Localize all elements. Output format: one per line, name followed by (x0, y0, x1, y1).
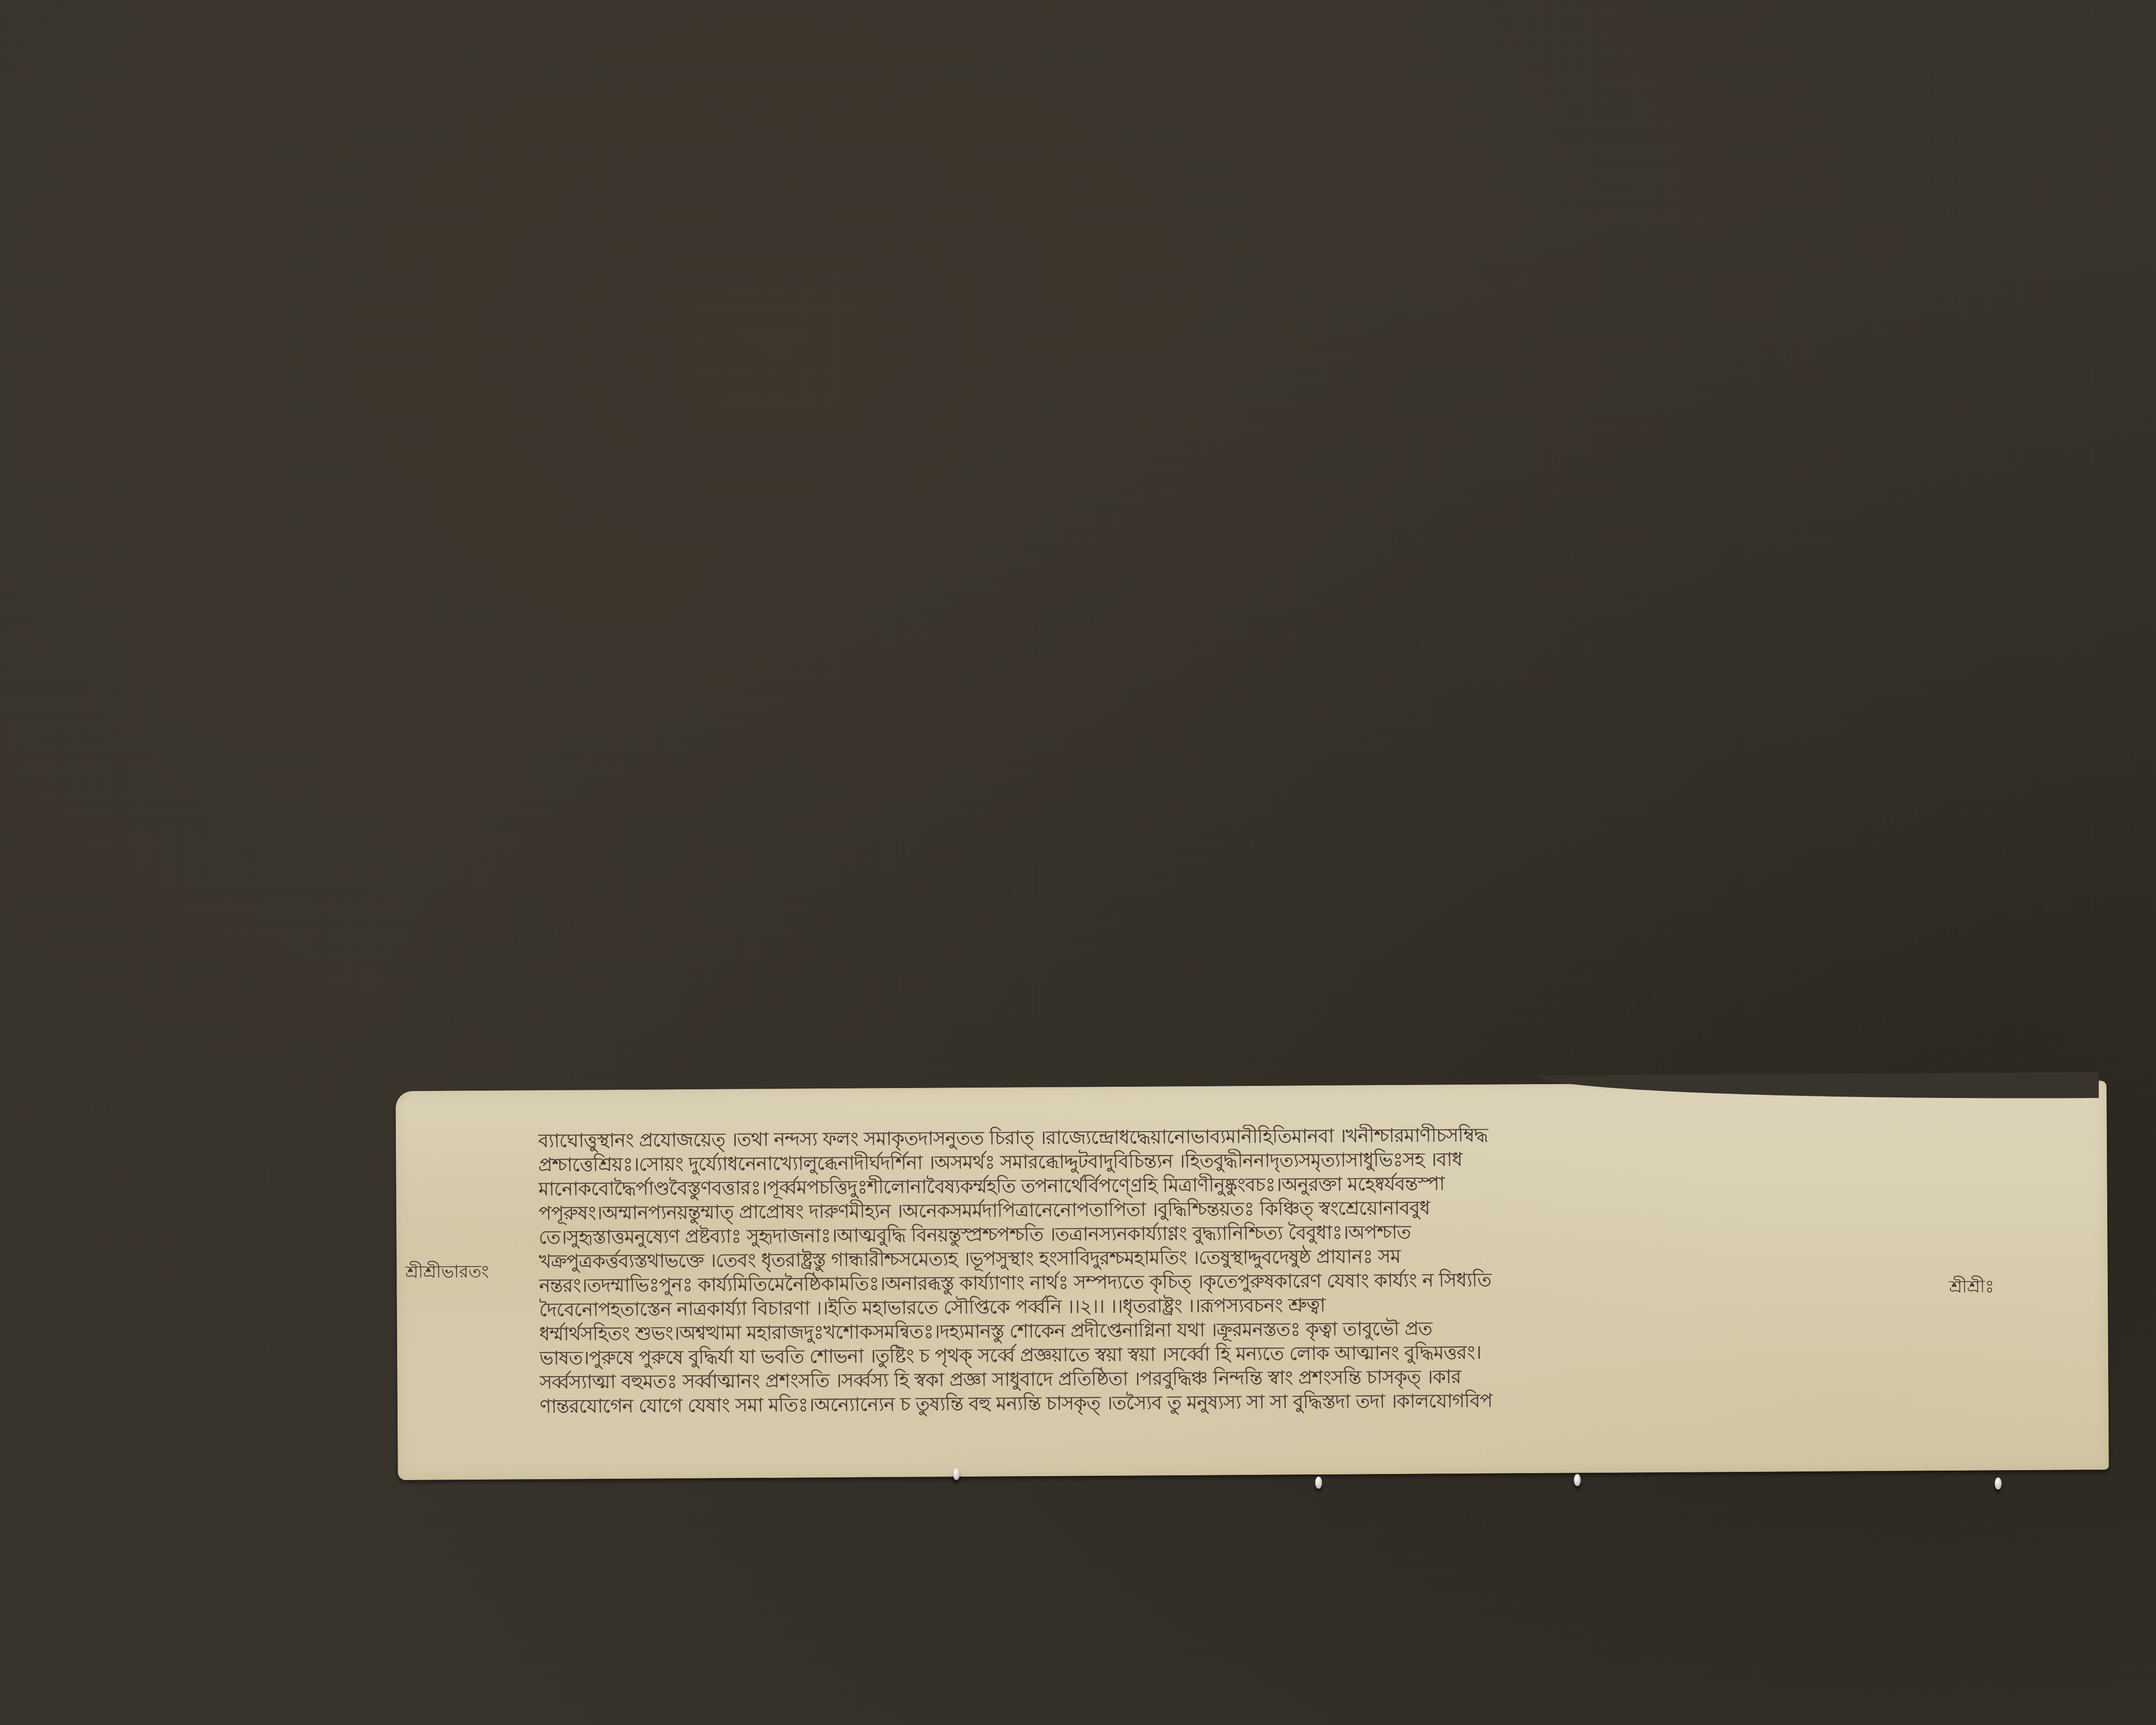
manuscript-text: ব্যাঘোত্তুস্থানং প্রযোজয়েত্ ।তথা নন্দস্… (538, 1120, 2006, 1443)
mounting-pin (1574, 1474, 1581, 1486)
manuscript-leaf: শ্রীশ্রীভারতং শ্রীশ্রীঃ ব্যাঘোত্তুস্থানং… (395, 1081, 2109, 1480)
mounting-pin (1315, 1477, 1322, 1489)
margin-title-left: শ্রীশ্রীভারতং (405, 1258, 489, 1287)
leaf-torn-edge (1538, 1072, 2099, 1101)
mounting-pin (1995, 1477, 2002, 1490)
mounting-pin (953, 1468, 960, 1480)
